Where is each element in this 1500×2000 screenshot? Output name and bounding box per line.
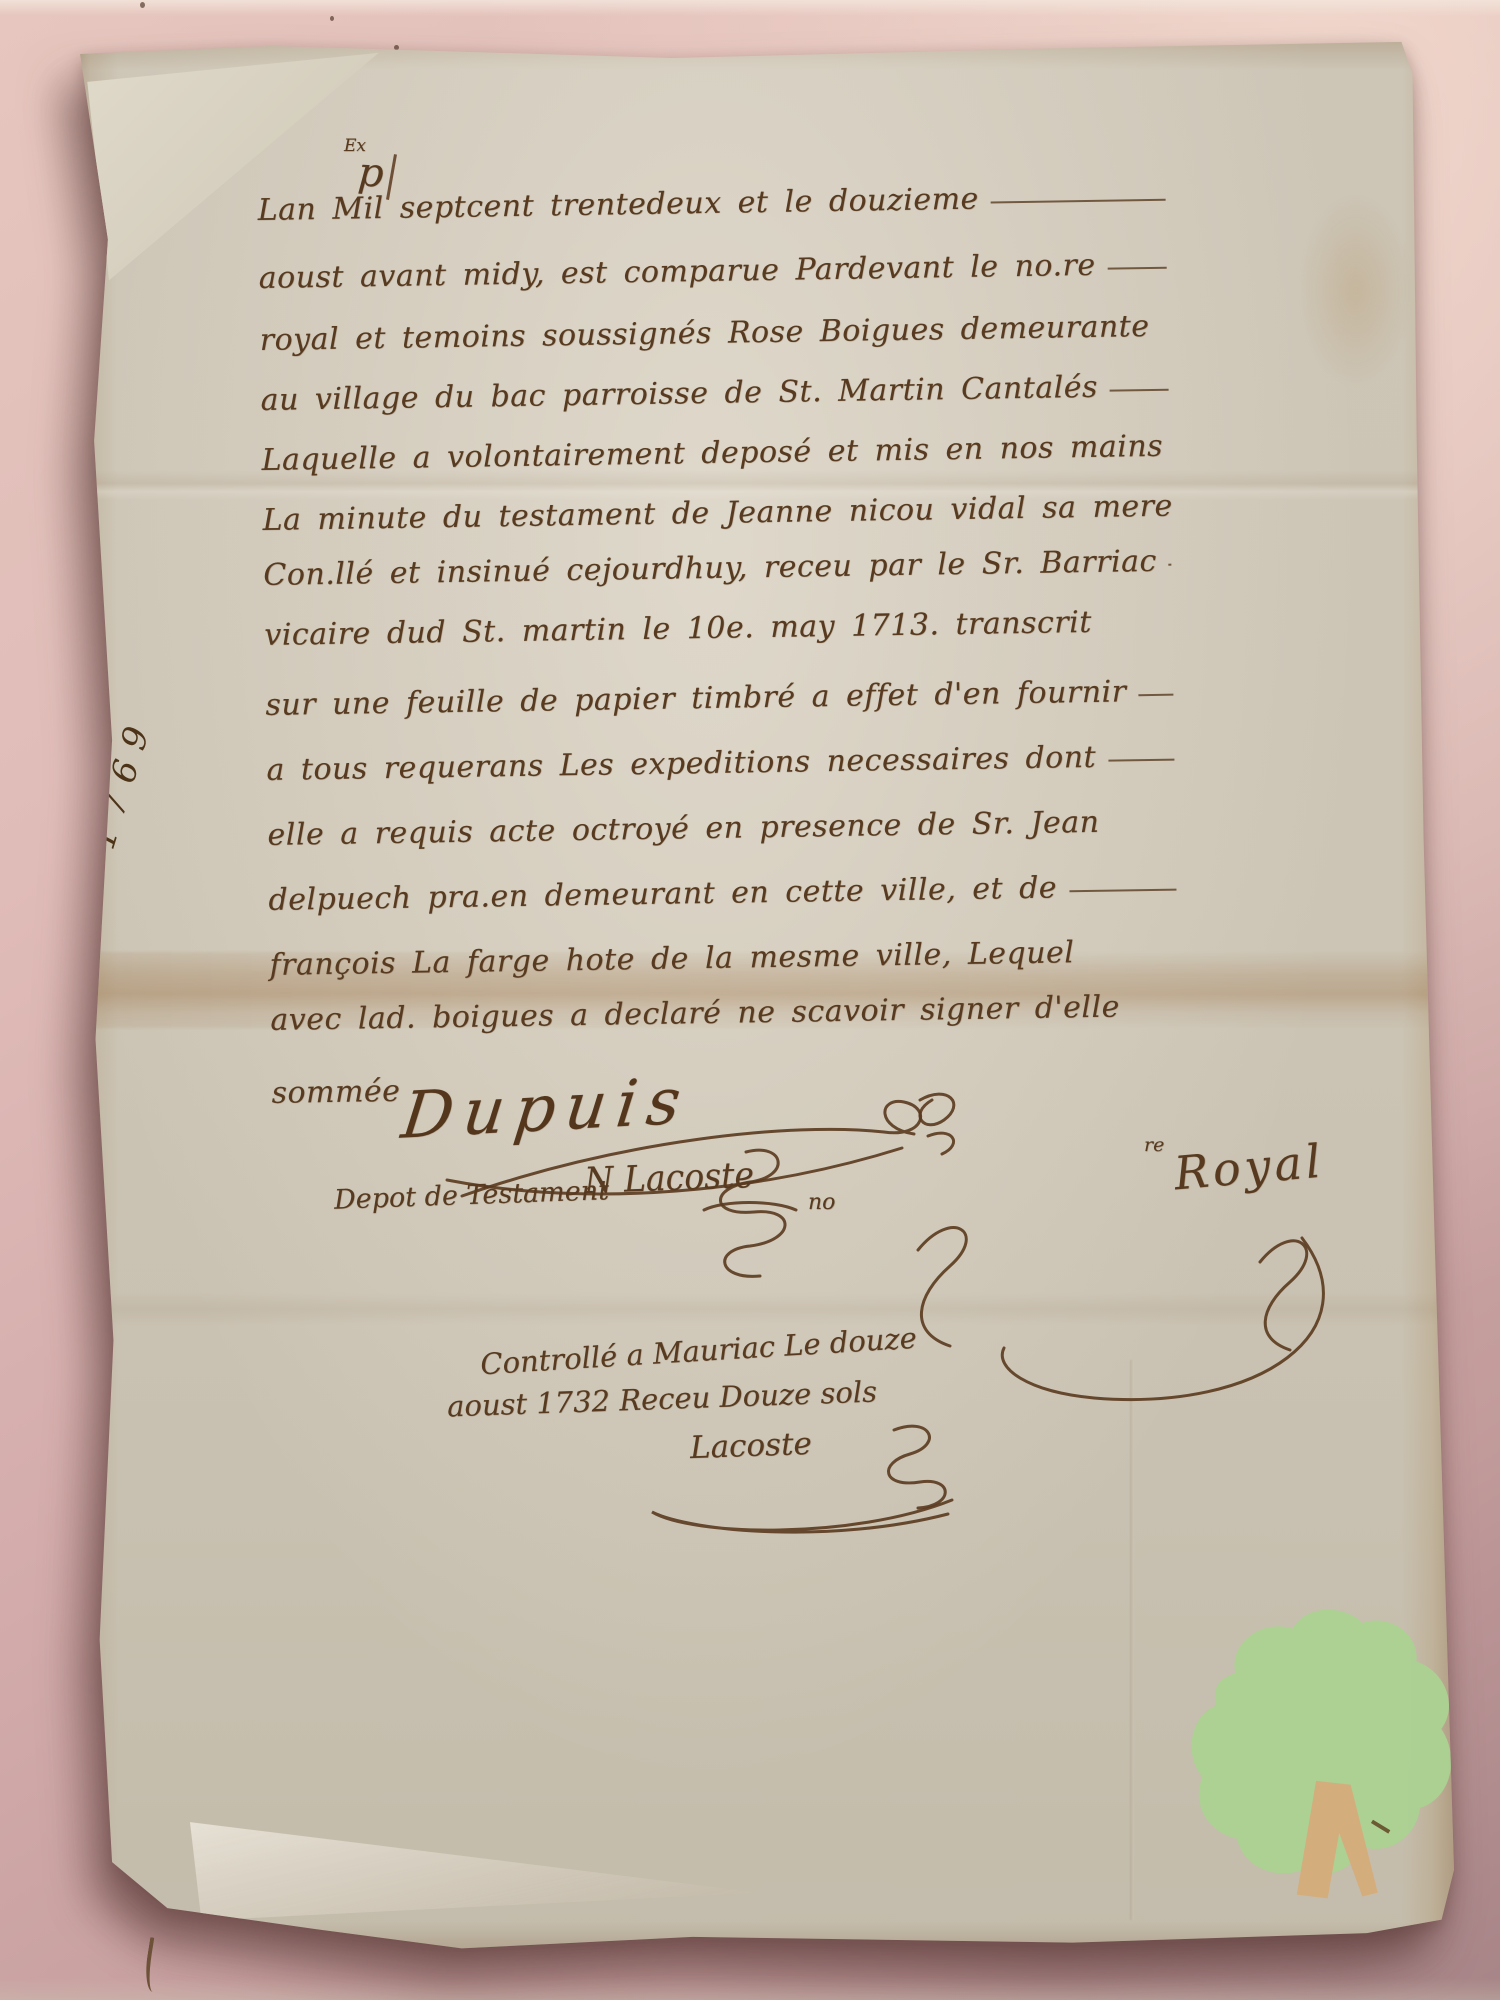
line-text: a tous requerans Les expeditions necessa… <box>266 740 1096 788</box>
line-text: au village du bac parroisse de St. Marti… <box>260 370 1098 418</box>
line-text: vicaire dud St. martin le 10e. may 1713.… <box>264 605 1092 653</box>
line-text: royal et temoins soussignés Rose Boigues… <box>259 309 1149 358</box>
line-text: sur une feuille de papier timbré a effet… <box>265 674 1127 723</box>
line-text: La minute du testament de Jeanne nicou v… <box>262 489 1173 538</box>
fill-rule <box>1069 889 1176 893</box>
signature-dupuis: Dupuis <box>398 1064 695 1154</box>
handwritten-line: Laquelle a volontairement deposé et mis … <box>261 429 1173 478</box>
handwritten-line: La minute du testament de Jeanne nicou v… <box>262 489 1174 538</box>
line-text: Con.llé et insinué cejourdhuy, receu par… <box>263 544 1157 593</box>
fill-rule <box>1138 694 1173 697</box>
signature-lacoste-control: Lacoste <box>689 1426 812 1466</box>
handwritten-line: a tous requerans Les expeditions necessa… <box>266 739 1178 788</box>
bottom-crease <box>190 1802 760 1928</box>
paper-sheet: Ex p 1769 Lan Mil septcent trentedeux et… <box>72 40 1454 1958</box>
fill-rule <box>1169 564 1172 566</box>
fill-rule <box>1110 389 1169 392</box>
fill-rule <box>1108 759 1174 762</box>
notary-title-superscript: re <box>1144 1134 1164 1156</box>
notary-abbreviation: no <box>808 1190 835 1215</box>
docket-label: Depot de Testament <box>334 1175 610 1216</box>
paper-shadow-wrap: Ex p 1769 Lan Mil septcent trentedeux et… <box>0 0 1500 2000</box>
fill-rule <box>991 199 1166 204</box>
photograph-of-manuscript: Ex p 1769 Lan Mil septcent trentedeux et… <box>0 0 1500 2000</box>
line-text: delpuech pra.en demeurant en cette ville… <box>268 871 1057 918</box>
green-paint-blob <box>1172 1592 1464 1910</box>
handwritten-line: sur une feuille de papier timbré a effet… <box>265 674 1177 723</box>
handwritten-line: vicaire dud St. martin le 10e. may 1713.… <box>264 604 1176 653</box>
notary-title-royal: Royal <box>1172 1134 1327 1201</box>
folded-corner <box>78 48 388 290</box>
line-text: sommée <box>271 1074 400 1111</box>
handwriting-block: Lan Mil septcent trentedeux et le douzie… <box>255 26 1167 40</box>
line-text: Laquelle a volontairement deposé et mis … <box>261 429 1163 478</box>
control-note-line1: Controllé a Mauriac Le douze <box>479 1321 917 1382</box>
handwritten-line: delpuech pra.en demeurant en cette ville… <box>268 869 1180 918</box>
signature-lacoste: N Lacoste <box>584 1155 755 1202</box>
paraph-flourish-control <box>632 1408 1012 1548</box>
corner-mark-glyph: p <box>356 149 385 197</box>
handwritten-line: Con.llé et insinué cejourdhuy, receu par… <box>263 544 1175 593</box>
control-note-line2: aoust 1732 Receu Douze sols <box>447 1375 878 1424</box>
line-text: elle a requis acte octroyé en presence d… <box>267 805 1099 853</box>
handwritten-line: au village du bac parroisse de St. Marti… <box>260 369 1172 418</box>
handwritten-line: elle a requis acte octroyé en presence d… <box>267 804 1179 853</box>
margin-annotation: 1769 <box>83 710 162 854</box>
handwritten-line: royal et temoins soussignés Rose Boigues… <box>259 309 1171 358</box>
vertical-crease <box>1130 1360 1134 1920</box>
edge-stain <box>1278 158 1433 423</box>
fill-rule <box>1108 267 1167 270</box>
fold-crease <box>72 1292 1454 1326</box>
